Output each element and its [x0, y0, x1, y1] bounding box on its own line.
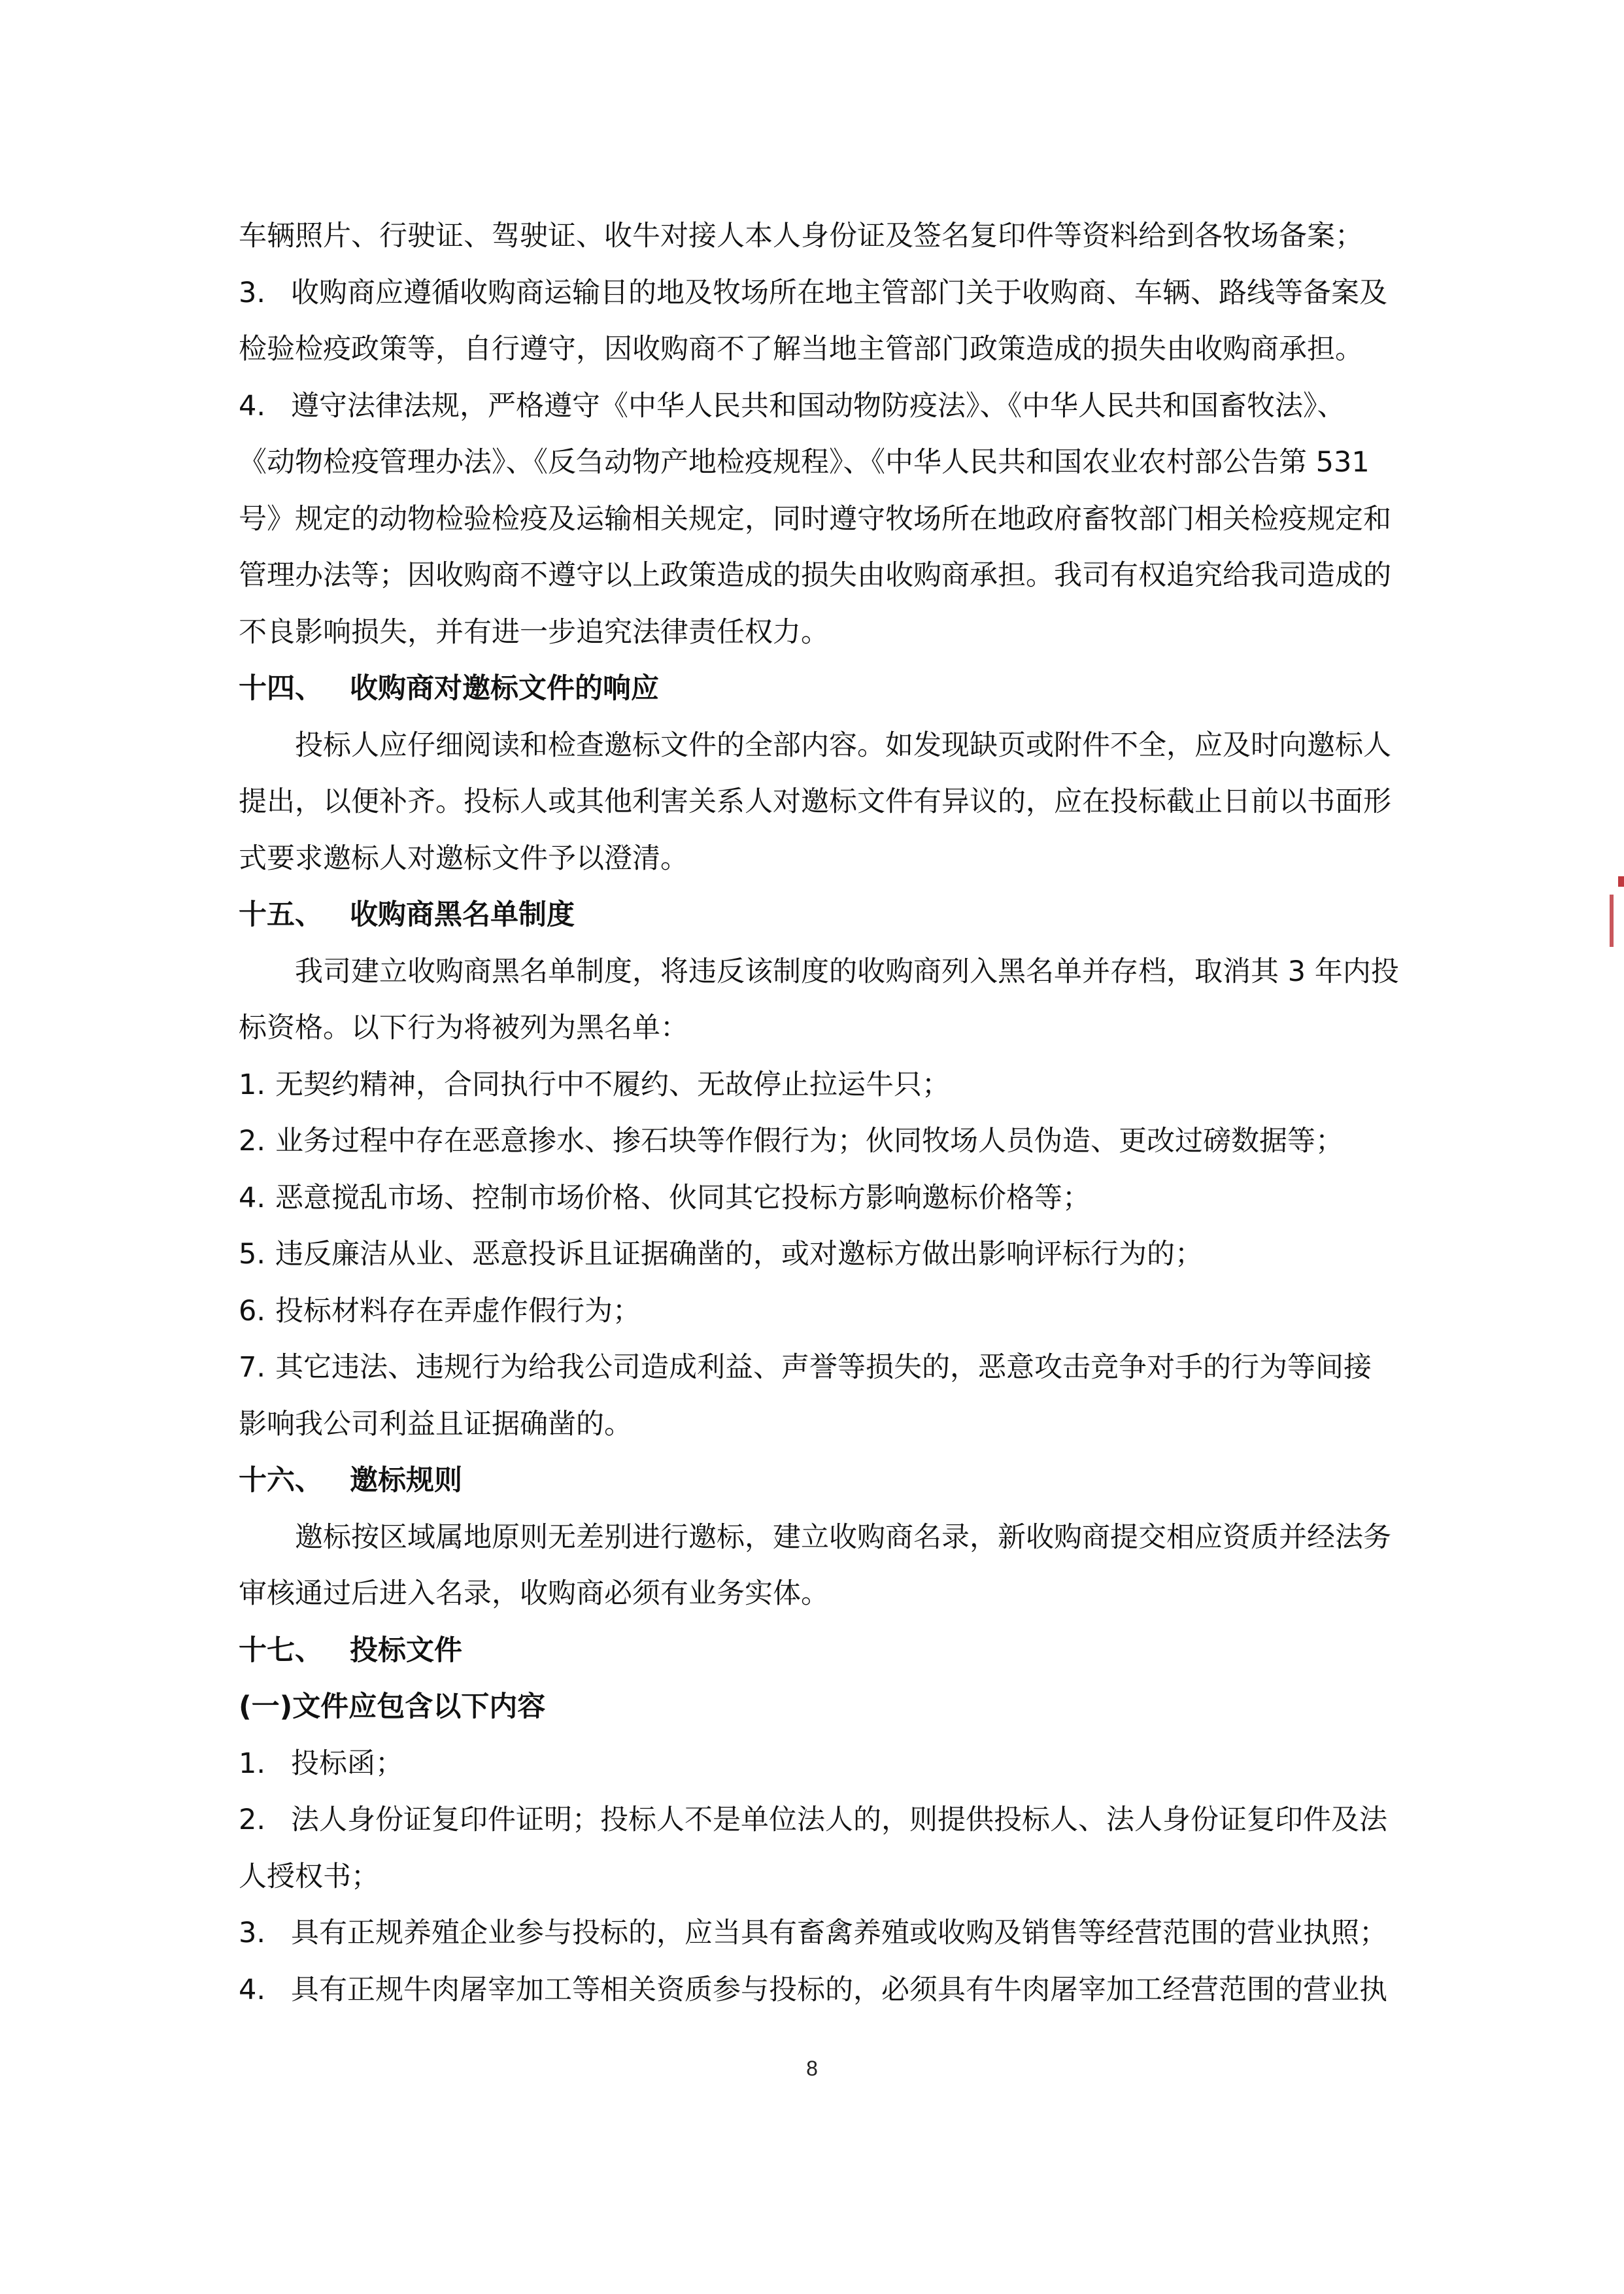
section-title: 收购商黑名单制度 [350, 899, 575, 931]
paragraph-line: 我司建立收购商黑名单制度，将违反该制度的收购商列入黑名单并存档，取消其 3 年内… [239, 944, 1415, 1001]
list-item: 1.投标函； [239, 1736, 1415, 1792]
list-item: 4.恶意搅乱市场、控制市场价格、伙同其它投标方影响邀标价格等； [239, 1170, 1415, 1227]
list-item-text: 投标材料存在弄虚作假行为； [275, 1295, 641, 1327]
list-item-text: 投标函； [291, 1747, 403, 1780]
list-item: 3.具有正规养殖企业参与投标的，应当具有畜禽养殖或收购及销售等经营范围的营业执照… [239, 1905, 1415, 1962]
section-number: 十六、 [239, 1452, 350, 1509]
list-number: 2. [239, 1113, 275, 1170]
paragraph-line: 式要求邀标人对邀标文件予以澄清。 [239, 830, 1415, 887]
list-item: 5.违反廉洁从业、恶意投诉且证据确凿的，或对邀标方做出影响评标行为的； [239, 1226, 1415, 1283]
document-page: 车辆照片、行驶证、驾驶证、收牛对接人本人身份证及签名复印件等资料给到各牧场备案；… [0, 0, 1624, 2294]
section-number: 十七、 [239, 1622, 350, 1679]
paragraph-line: 检验检疫政策等，自行遵守，因收购商不了解当地主管部门政策造成的损失由收购商承担。 [239, 321, 1415, 378]
list-item-text: 恶意搅乱市场、控制市场价格、伙同其它投标方影响邀标价格等； [275, 1182, 1091, 1214]
list-item: 4.遵守法律法规，严格遵守《中华人民共和国动物防疫法》、《中华人民共和国畜牧法》… [239, 378, 1415, 435]
paragraph-line: 车辆照片、行驶证、驾驶证、收牛对接人本人身份证及签名复印件等资料给到各牧场备案； [239, 208, 1415, 265]
subsection-heading: (一)文件应包含以下内容 [239, 1679, 1415, 1736]
list-number: 6. [239, 1283, 275, 1340]
list-item: 6.投标材料存在弄虚作假行为； [239, 1283, 1415, 1340]
list-item: 3.收购商应遵循收购商运输目的地及牧场所在地主管部门关于收购商、车辆、路线等备案… [239, 265, 1415, 322]
list-number: 4. [239, 378, 291, 435]
document-body: 车辆照片、行驶证、驾驶证、收牛对接人本人身份证及签名复印件等资料给到各牧场备案；… [239, 208, 1415, 2018]
paragraph-line: 《动物检疫管理办法》、《反刍动物产地检疫规程》、《中华人民共和国农业农村部公告第… [239, 434, 1415, 491]
section-heading-14: 十四、收购商对邀标文件的响应 [239, 660, 1415, 717]
list-number: 4. [239, 1962, 291, 2019]
list-item: 1.无契约精神，合同执行中不履约、无故停止拉运牛只； [239, 1057, 1415, 1114]
paragraph-line: 管理办法等；因收购商不遵守以上政策造成的损失由收购商承担。我司有权追究给我司造成… [239, 547, 1415, 604]
list-number: 1. [239, 1057, 275, 1114]
list-number: 3. [239, 1905, 291, 1962]
seal-stamp-edge-icon [1610, 895, 1624, 947]
list-item-text: 具有正规养殖企业参与投标的，应当具有畜禽养殖或收购及销售等经营范围的营业执照； [291, 1917, 1387, 1949]
seal-stamp-fragment-icon [1618, 876, 1624, 887]
list-number: 2. [239, 1792, 291, 1849]
list-number: 7. [239, 1339, 275, 1396]
paragraph-line: 影响我公司利益且证据确凿的。 [239, 1396, 1415, 1453]
section-number: 十四、 [239, 660, 350, 717]
list-item-text: 具有正规牛肉屠宰加工等相关资质参与投标的，必须具有牛肉屠宰加工经营范围的营业执 [291, 1974, 1387, 2006]
paragraph-line: 邀标按区域属地原则无差别进行邀标，建立收购商名录，新收购商提交相应资质并经法务 [239, 1509, 1415, 1566]
list-item-text: 遵守法律法规，严格遵守《中华人民共和国动物防疫法》、《中华人民共和国畜牧法》、 [291, 390, 1345, 422]
section-number: 十五、 [239, 887, 350, 944]
section-title: 邀标规则 [350, 1464, 462, 1497]
section-title: 投标文件 [350, 1634, 462, 1667]
section-heading-15: 十五、收购商黑名单制度 [239, 887, 1415, 944]
paragraph-line: 人授权书； [239, 1849, 1415, 1906]
list-number: 4. [239, 1170, 275, 1227]
list-item-text: 收购商应遵循收购商运输目的地及牧场所在地主管部门关于收购商、车辆、路线等备案及 [291, 277, 1387, 309]
list-item: 7.其它违法、违规行为给我公司造成利益、声誉等损失的，恶意攻击竞争对手的行为等间… [239, 1339, 1415, 1396]
paragraph-line: 号》规定的动物检验检疫及运输相关规定，同时遵守牧场所在地政府畜牧部门相关检疫规定… [239, 491, 1415, 548]
list-number: 1. [239, 1736, 291, 1792]
list-item-text: 法人身份证复印件证明；投标人不是单位法人的，则提供投标人、法人身份证复印件及法 [291, 1804, 1387, 1836]
list-item-text: 违反廉洁从业、恶意投诉且证据确凿的，或对邀标方做出影响评标行为的； [275, 1238, 1203, 1271]
list-item-text: 业务过程中存在恶意掺水、掺石块等作假行为；伙同牧场人员伪造、更改过磅数据等； [275, 1125, 1344, 1157]
list-number: 3. [239, 265, 291, 322]
section-heading-17: 十七、投标文件 [239, 1622, 1415, 1679]
paragraph-line: 投标人应仔细阅读和检查邀标文件的全部内容。如发现缺页或附件不全，应及时向邀标人 [239, 717, 1415, 774]
section-title: 收购商对邀标文件的响应 [350, 672, 659, 705]
paragraph-line: 审核通过后进入名录，收购商必须有业务实体。 [239, 1566, 1415, 1622]
list-item-text: 其它违法、违规行为给我公司造成利益、声誉等损失的，恶意攻击竞争对手的行为等间接 [275, 1351, 1372, 1384]
list-item-text: 无契约精神，合同执行中不履约、无故停止拉运牛只； [275, 1069, 950, 1101]
paragraph-line: 不良影响损失，并有进一步追究法律责任权力。 [239, 604, 1415, 661]
page-number: 8 [0, 2057, 1624, 2081]
section-heading-16: 十六、邀标规则 [239, 1452, 1415, 1509]
list-item: 4.具有正规牛肉屠宰加工等相关资质参与投标的，必须具有牛肉屠宰加工经营范围的营业… [239, 1962, 1415, 2019]
paragraph-line: 提出，以便补齐。投标人或其他利害关系人对邀标文件有异议的，应在投标截止日前以书面… [239, 774, 1415, 830]
list-item: 2.法人身份证复印件证明；投标人不是单位法人的，则提供投标人、法人身份证复印件及… [239, 1792, 1415, 1849]
paragraph-line: 标资格。以下行为将被列为黑名单： [239, 1000, 1415, 1057]
list-number: 5. [239, 1226, 275, 1283]
list-item: 2.业务过程中存在恶意掺水、掺石块等作假行为；伙同牧场人员伪造、更改过磅数据等； [239, 1113, 1415, 1170]
